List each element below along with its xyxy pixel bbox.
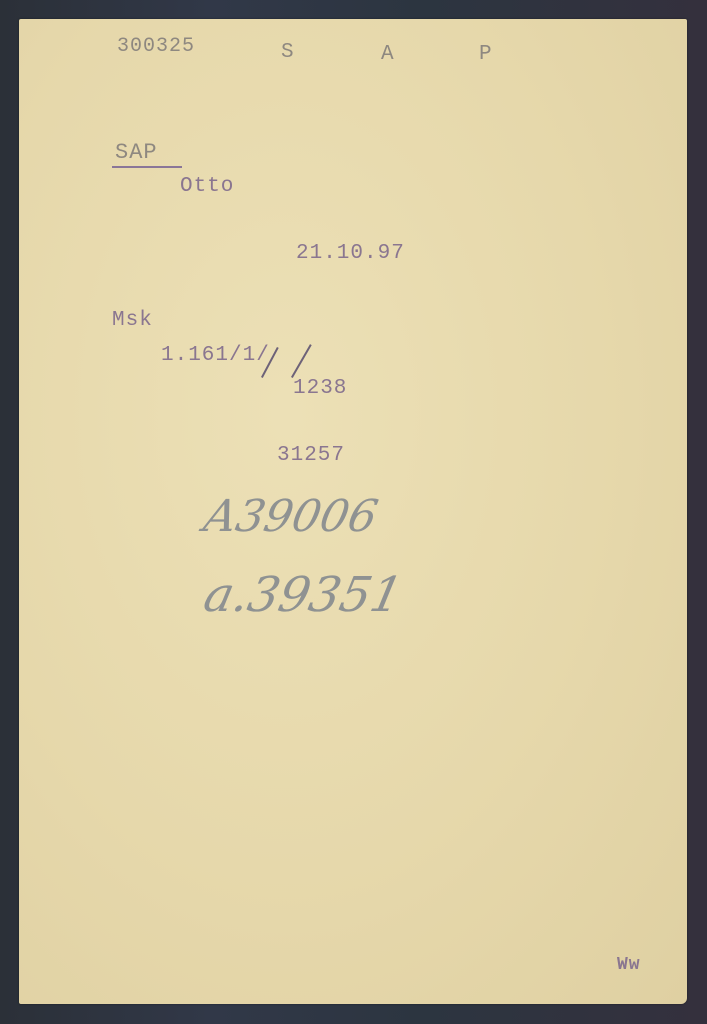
- index-card: 300325 S A P SAP Otto 21.10.97 Msk 1.161…: [19, 19, 687, 1004]
- handwritten-number-1: A39006: [200, 491, 383, 542]
- initials-stamp: Ww: [617, 955, 641, 975]
- given-name: Otto: [180, 175, 234, 198]
- reference: 1.161/1/: [161, 344, 270, 367]
- header-letter-p: P: [479, 43, 493, 66]
- sub-reference: 1238: [293, 377, 347, 400]
- abbreviation: Msk: [112, 309, 153, 332]
- handwritten-number-2: a.39351: [199, 567, 407, 623]
- surname-underline: [112, 166, 182, 168]
- typed-number: 31257: [277, 444, 345, 467]
- card-number: 300325: [117, 35, 195, 58]
- reference-slash-mark-2: [291, 344, 312, 378]
- header-letter-a: A: [381, 43, 395, 66]
- header-letter-s: S: [281, 41, 295, 64]
- date: 21.10.97: [296, 242, 405, 265]
- surname: SAP: [115, 140, 158, 165]
